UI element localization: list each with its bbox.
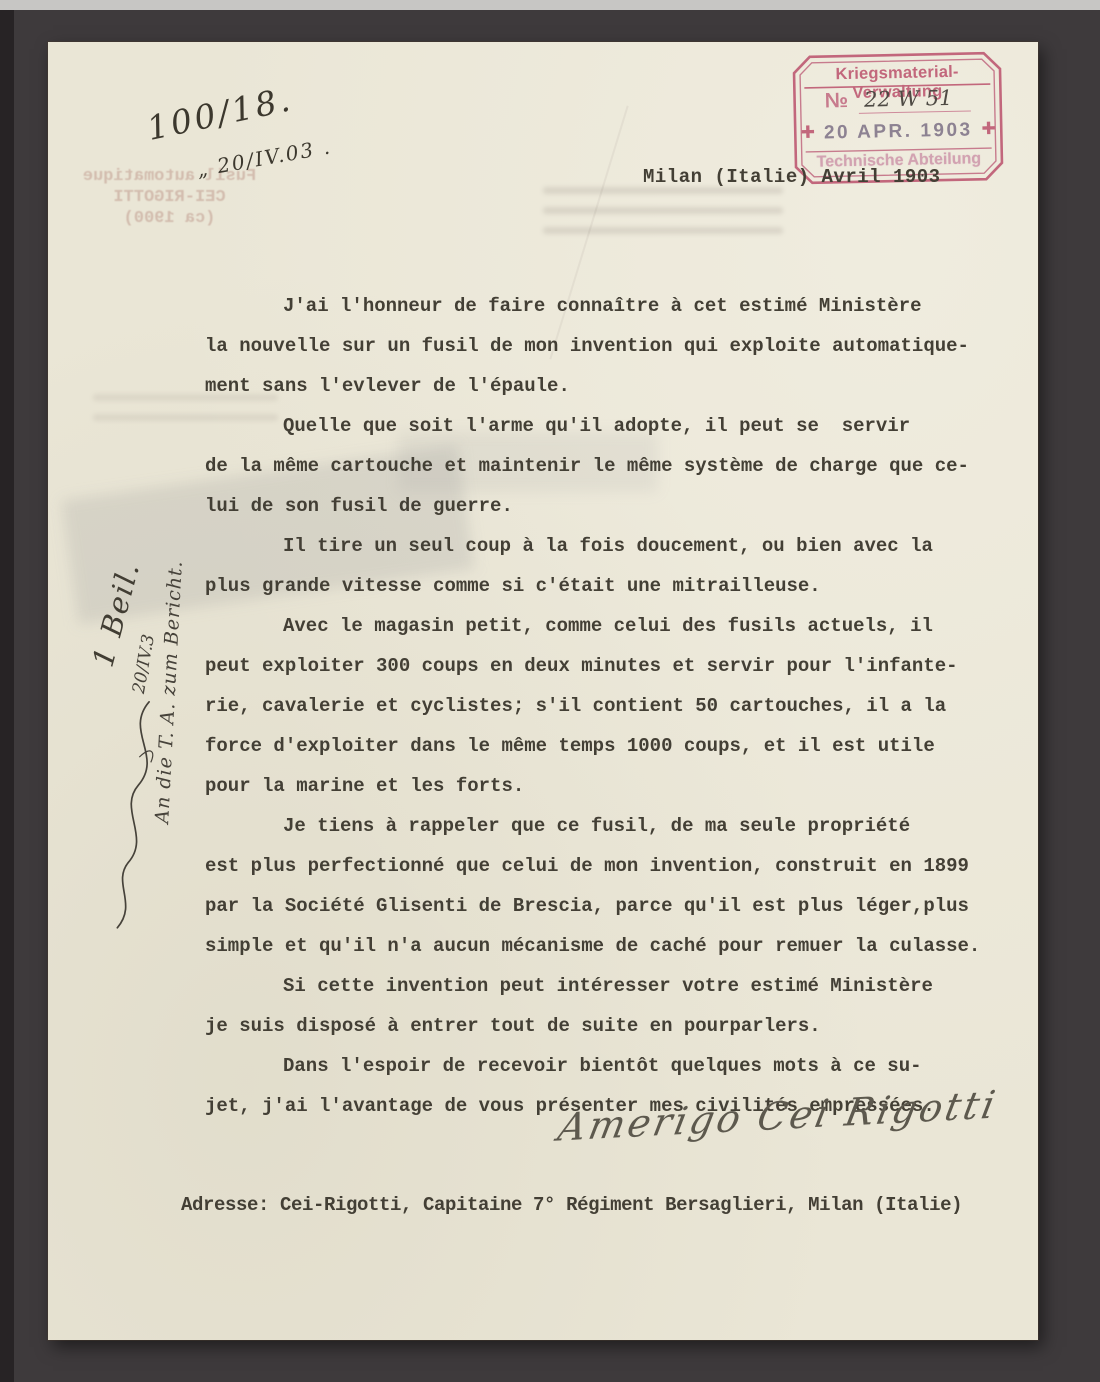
letter-page: Fusil automatique CEI-RIGOTTI (ca 1900) …	[48, 42, 1038, 1340]
paragraph: Avec le magasin petit, comme celui des f…	[205, 606, 1017, 806]
body-line: Si cette invention peut intéresser votre…	[205, 966, 1017, 1006]
stamp-date: 20 APR. 1903	[824, 119, 973, 143]
bleedthrough-line: (ca 1900)	[62, 208, 277, 229]
archive-reference-annotation: 100/18.	[144, 79, 296, 148]
body-line: J'ai l'honneur de faire connaître à cet …	[205, 286, 1017, 326]
cross-icon: ✚	[801, 123, 816, 142]
body-line: plus grande vitesse comme si c'était une…	[205, 566, 1017, 606]
body-line: Je tiens à rappeler que ce fusil, de ma …	[205, 806, 1017, 846]
stamp-number-label: №	[824, 89, 848, 112]
bleedthrough-caption: Fusil automatique CEI-RIGOTTI (ca 1900)	[62, 166, 277, 229]
stamp-number-handwritten-value: 22 W 51	[858, 85, 971, 113]
body-line: lui de son fusil de guerre.	[205, 486, 1017, 526]
body-line: pour la marine et les forts.	[205, 766, 1017, 806]
body-line: est plus perfectionné que celui de mon i…	[205, 846, 1017, 886]
body-line: je suis disposé à entrer tout de suite e…	[205, 1006, 1017, 1046]
scanner-bed-top-strip	[0, 0, 1100, 10]
body-line: par la Société Glisenti de Brescia, parc…	[205, 886, 1017, 926]
body-line: ment sans l'evlever de l'épaule.	[205, 366, 1017, 406]
body-line: Quelle que soit l'arme qu'il adopte, il …	[205, 406, 1017, 446]
paragraph: Il tire un seul coup à la fois doucement…	[205, 526, 1017, 606]
paragraph: Je tiens à rappeler que ce fusil, de ma …	[205, 806, 1017, 966]
body-line: simple et qu'il n'a aucun mécanisme de c…	[205, 926, 1017, 966]
cross-icon: ✚	[981, 119, 996, 138]
bleedthrough-line: CEI-RIGOTTI	[62, 187, 277, 208]
bleedthrough-text-smudge	[543, 187, 783, 247]
body-line: la nouvelle sur un fusil de mon inventio…	[205, 326, 1017, 366]
body-line: Il tire un seul coup à la fois doucement…	[205, 526, 1017, 566]
address-line: Adresse: Cei-Rigotti, Capitaine 7° Régim…	[181, 1194, 962, 1216]
letter-body: J'ai l'honneur de faire connaître à cet …	[205, 286, 1017, 1126]
letter-dateline: Milan (Italie) Avril 1903	[643, 166, 941, 188]
paragraph: J'ai l'honneur de faire connaître à cet …	[205, 286, 1017, 406]
paragraph: Si cette invention peut intéresser votre…	[205, 966, 1017, 1046]
paragraph: Quelle que soit l'arme qu'il adopte, il …	[205, 406, 1017, 526]
body-line: Avec le magasin petit, comme celui des f…	[205, 606, 1017, 646]
scanner-bed-left-strip	[0, 10, 14, 1382]
body-line: rie, cavalerie et cyclistes; s'il contie…	[205, 686, 1017, 726]
body-line: Dans l'espoir de recevoir bientôt quelqu…	[205, 1046, 1017, 1086]
margin-signature-flourish	[91, 694, 180, 939]
body-line: peut exploiter 300 coups en deux minutes…	[205, 646, 1017, 686]
stamp-date-row: ✚20 APR. 1903✚	[799, 119, 997, 145]
stamp-number-row: №22 W 51	[798, 85, 996, 114]
body-line: force d'exploiter dans le même temps 100…	[205, 726, 1017, 766]
body-line: de la même cartouche et maintenir le mêm…	[205, 446, 1017, 486]
